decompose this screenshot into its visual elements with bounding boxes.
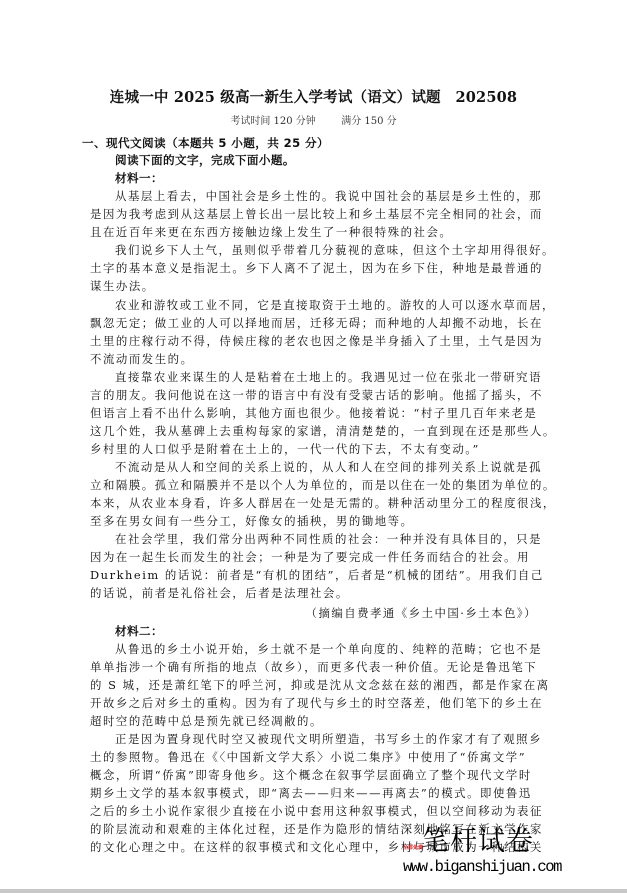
paragraph-line: 是因为我考虑到从这基层上曾长出一层比较上和乡土基层不完全相同的社会，而	[90, 207, 540, 221]
paragraph-line: 从鲁迅的乡土小说开始，乡土就不是一个单向度的、纯粹的范畴；它也不是	[90, 642, 565, 656]
paragraph-line: 土的参照物。鲁迅在《〈中国新文学大系〉小说二集序》中使用了“侨寓文学”	[90, 750, 540, 764]
paragraph-line: 农业和游牧或工业不同，它是直接取资于土地的。游牧的人可以逐水草而居，	[90, 298, 565, 312]
paragraph-line: 单单指涉一个确有所指的地点（故乡），而更多代表一种价值。无论是鲁迅笔下	[90, 660, 540, 674]
paragraph-line: 不流动是从人和空间的关系上说的，从人和人在空间的排列关系上说就是孤	[90, 460, 565, 474]
exam-subtitle: 考试时间 120 分钟 满分 150 分	[0, 112, 627, 127]
exam-page: 连城一中 2025 级高一新生入学考试（语文）试题 202508 考试时间 12…	[0, 0, 627, 889]
paragraph-line: 不流动而发生的。	[90, 352, 540, 366]
paragraph-line: 概念，所谓“侨寓”即寄身他乡。这个概念在叙事学层面确立了整个现代文学时	[90, 768, 540, 782]
paragraph-line: 期乡土文学的基本叙事模式，即“离去——归来——再离去”的模式。即使鲁迅	[90, 786, 540, 800]
paragraph-line: 的 S 城，还是萧红笔下的呼兰河，抑或是沈从文念兹在兹的湘西，都是作家在离	[90, 678, 540, 692]
paragraph-line: 土字的基本意义是指泥土。乡下人离不了泥土，因为在乡下住，种地是最普通的	[90, 261, 540, 275]
paragraph-line: 本来，从农业本身看，许多人群居在一处是无需的。耕种活动里分工的程度很浅，	[90, 496, 540, 510]
page-bottom-border	[0, 889, 627, 893]
material1-source: （摘编自费孝通《乡土中国·乡土本色》）	[0, 605, 537, 621]
paragraph-line: 飘忽无定；做工业的人可以择地而居，迁移无碍；而种地的人却搬不动地，长在	[90, 316, 540, 330]
paragraph-line: 土里的庄稼行动不得，侍候庄稼的老农也因之像是半身插入了土里，土气是因为	[90, 334, 540, 348]
material2-label: 材料二：	[115, 624, 565, 638]
paragraph-line: 但语言上看不出什么影响，其他方面也很少。他接着说：“村子里几百年来老是	[90, 406, 540, 420]
paragraph-line: 因为在一起生长而发生的社会；一种是为了要完成一件任务而结合的社会。用	[90, 550, 540, 564]
exam-title: 连城一中 2025 级高一新生入学考试（语文）试题 202508	[0, 86, 627, 107]
paragraph-line: 乡村里的人口似乎是附着在土上的，一代一代的下去，不太有变动。”	[90, 442, 540, 456]
paragraph-line: 之后的乡土小说作家很少直接在小说中套用这种叙事模式，但以空间移动为表征	[90, 804, 540, 818]
paragraph-line: 且在近百年来更在东西方接触边缘上发生了一种很特殊的社会。	[90, 225, 540, 239]
paragraph-line: 超时空的范畴中总是预先就已经凋敝的。	[90, 714, 540, 728]
paragraph-line: 谋生办法。	[90, 279, 540, 293]
paragraph-line: 立和隔膜。孤立和隔膜并不是以个人为单位的，而是以住在一处的集团为单位的。	[90, 478, 540, 492]
paragraph-line: 直接靠农业来谋生的人是粘着在土地上的。我遇见过一位在张北一带研究语	[90, 370, 565, 384]
paragraph-line: 这几个姓，我从墓碑上去重构每家的家谱，清清楚楚的，一直到现在还是那些人。	[90, 424, 540, 438]
brand-name: 笔杆试卷	[422, 827, 534, 857]
paragraph-line: 正是因为置身现代时空又被现代文明所塑造，书写乡土的作家才有了观照乡	[90, 732, 565, 746]
section-instruction: 阅读下面的文字，完成下面小题。	[115, 153, 565, 167]
paragraph-line: 我们说乡下人土气，虽则似乎带着几分藐视的意味，但这个土字却用得很好。	[90, 243, 565, 257]
watermark-logo[interactable]: 全部免费 笔杆试卷 www.biganshijuan.com	[392, 827, 612, 885]
paragraph-line: 从基层上看去，中国社会是乡土性的。我说中国社会的基层是乡土性的，那	[90, 189, 565, 203]
paragraph-line: 开故乡之后对乡土的重构。因为有了现代与乡土的时空落差，他们笔下的乡土在	[90, 696, 540, 710]
paragraph-line: Durkheim 的话说：前者是“有机的团结”，后者是“机械的团结”。用我们自己	[90, 568, 540, 582]
paragraph-line: 的话说，前者是礼俗社会，后者是法理社会。	[90, 586, 540, 600]
free-badge: 全部免费	[403, 844, 423, 851]
section-heading: 一、现代文阅读（本题共 5 小题，共 25 分）	[82, 136, 532, 150]
paragraph-line: 在社会学里，我们常分出两种不同性质的社会：一种并没有具体目的，只是	[90, 532, 565, 546]
material1-label: 材料一：	[115, 171, 565, 185]
paragraph-line: 至多在男女间有一些分工，好像女的插秧，男的锄地等。	[90, 514, 540, 528]
brand-url-link[interactable]: www.biganshijuan.com	[403, 857, 561, 877]
paragraph-line: 言的朋友。我问他说在这一带的语言中有没有受蒙古话的影响。他摇了摇头，不	[90, 388, 540, 402]
